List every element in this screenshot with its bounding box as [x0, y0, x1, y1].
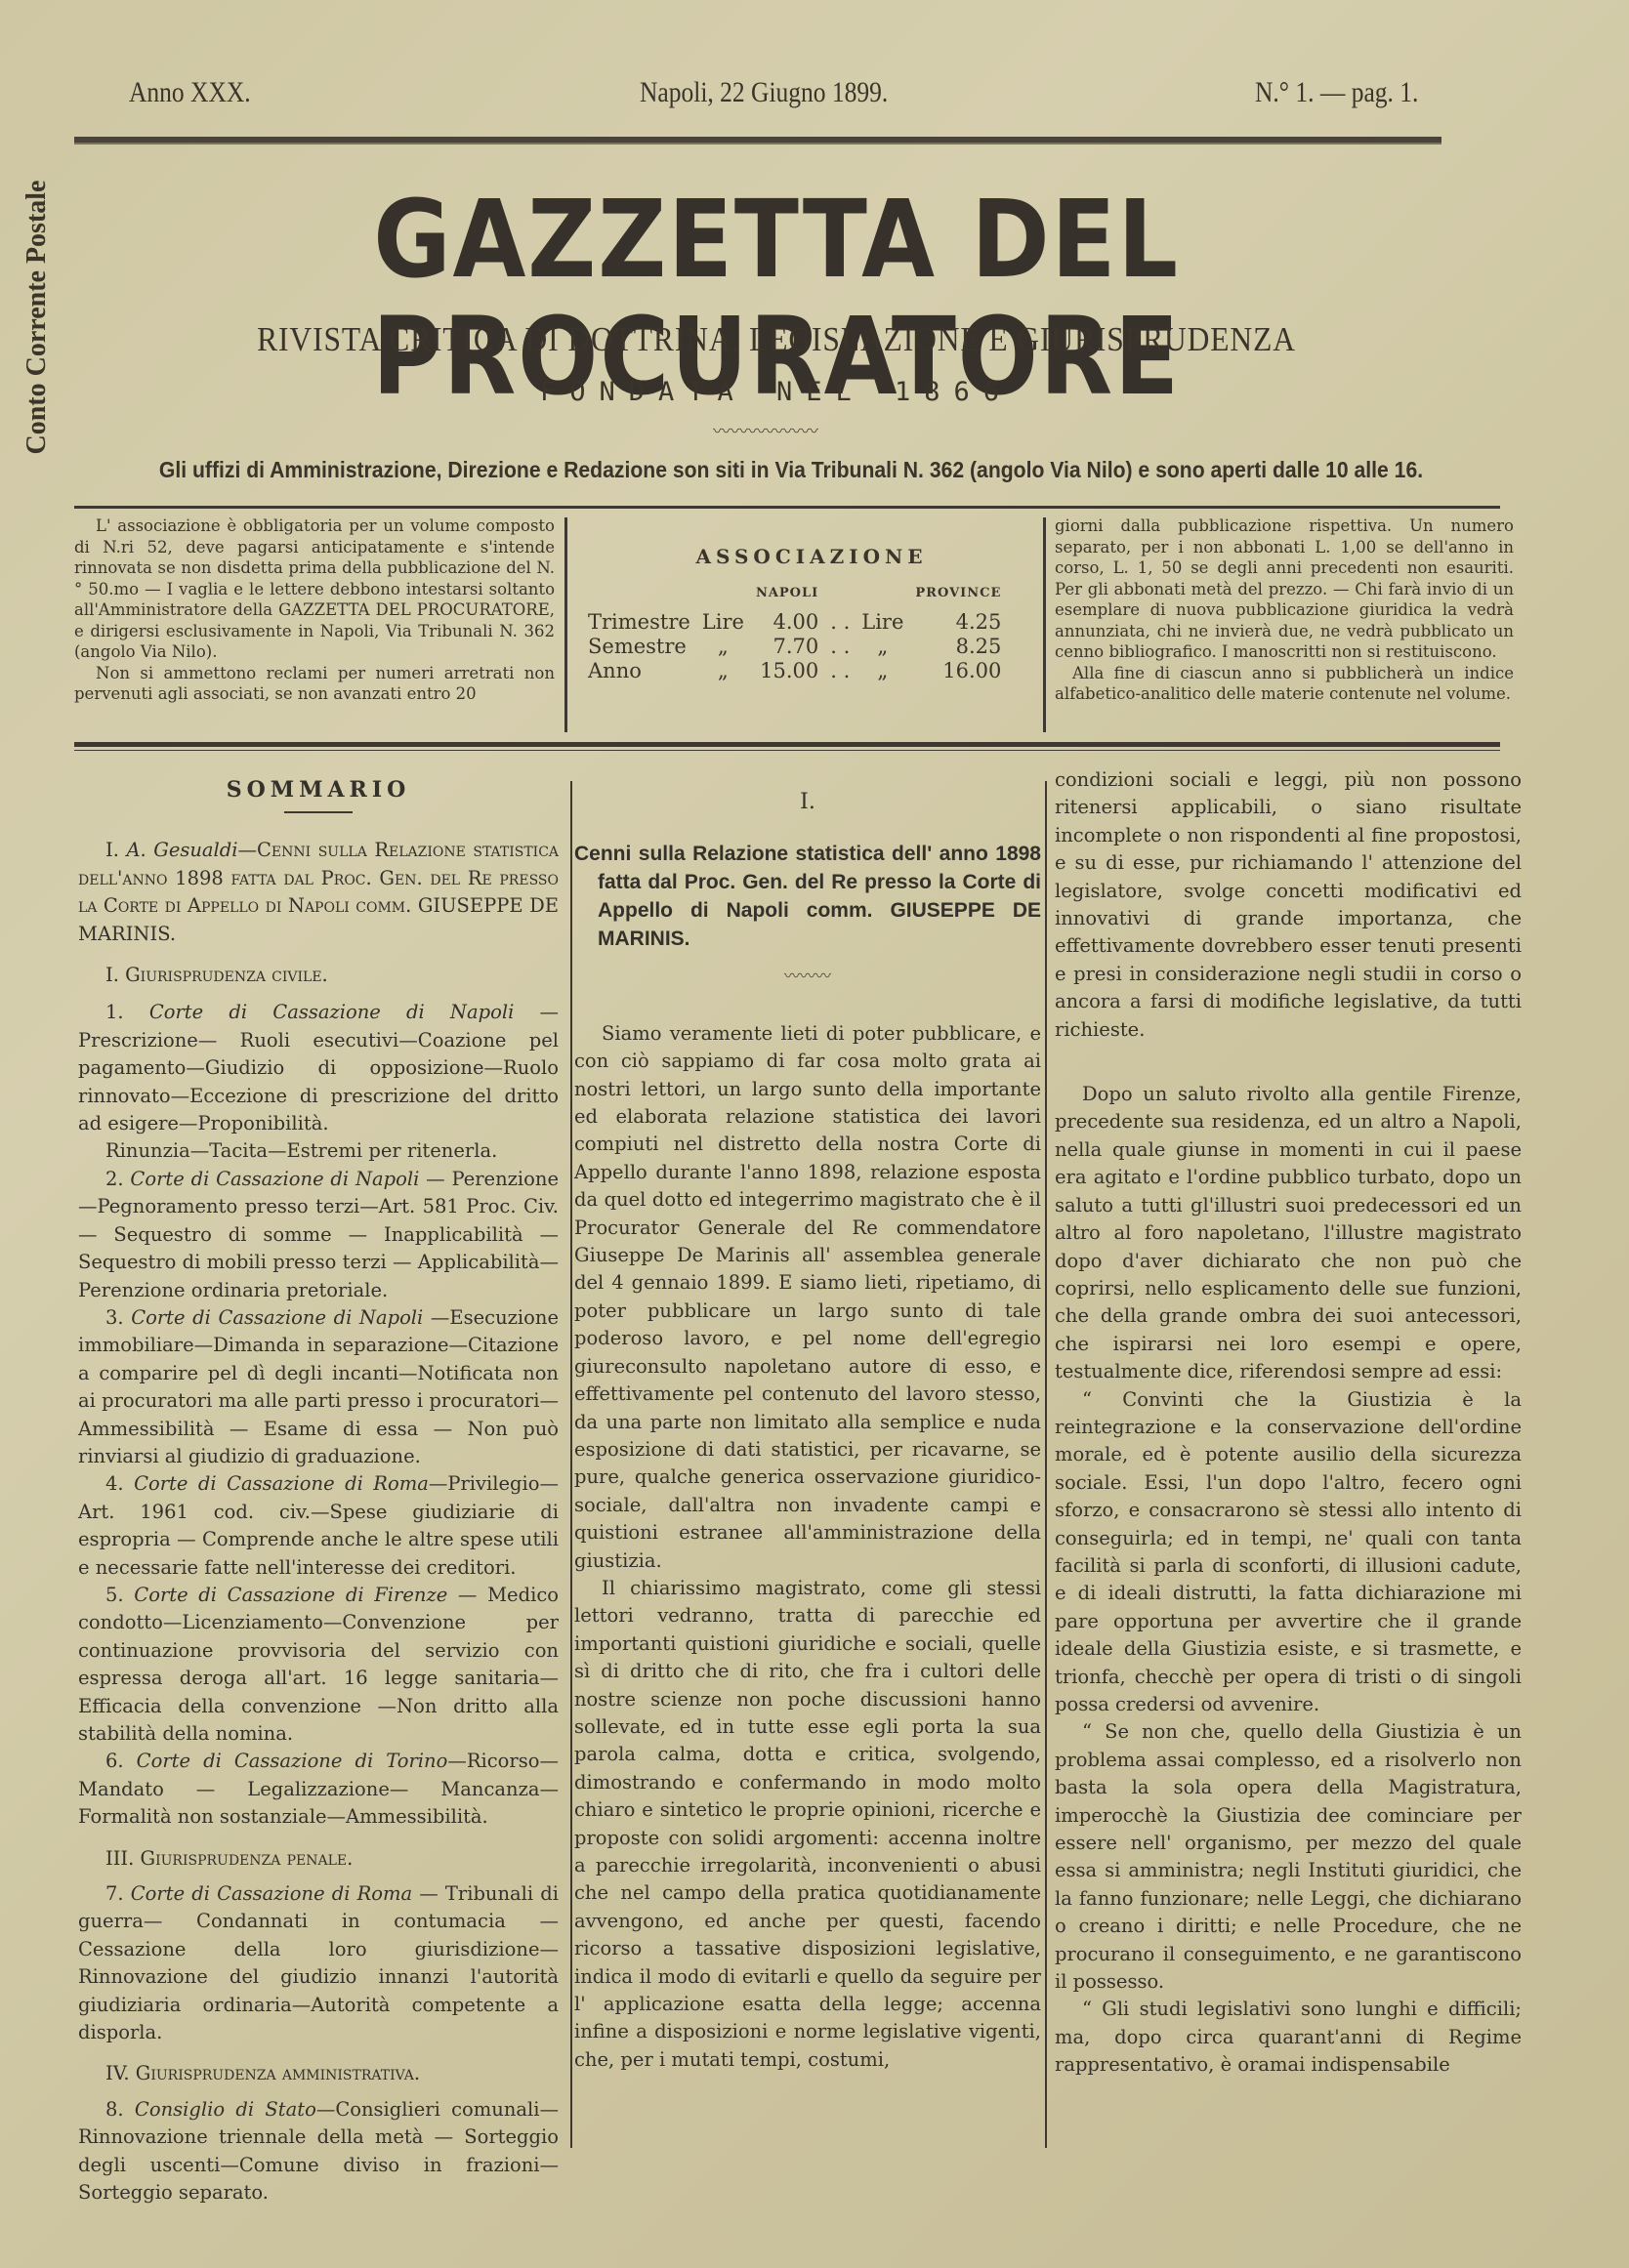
article-continued-column: condizioni sociali e leggi, più non poss… [1055, 766, 1522, 2080]
article-paragraph: Il chiarissimo magistrato, come gli stes… [574, 1575, 1041, 2074]
column-divider-1 [570, 781, 572, 2148]
row-unit: Lire [856, 610, 909, 635]
item-court: Corte di Cassazione di Torino [137, 1750, 448, 1772]
summary-item: 8. Consiglio di Stato—Consiglieri comuna… [78, 2096, 559, 2207]
side-text: Conto Corrente Postale [21, 181, 53, 455]
masthead-subtitle: RIVISTA CRITICA DI DOTTRINA, LEGISLAZION… [140, 320, 1414, 359]
row-unit: „ [696, 659, 750, 683]
summary-item: 5. Corte di Cassazione di Firenze — Medi… [78, 1582, 559, 1748]
price-napoli: 15.00 [750, 659, 824, 683]
item-text: — Tribunali di guerra— Condannati in con… [78, 1882, 559, 2043]
price-row: Semestre „ 7.70 . . „ 8.25 [582, 635, 1007, 659]
box-bottom-rule [74, 742, 1500, 747]
issue-date: Napoli, 22 Giugno 1899. [640, 76, 888, 109]
row-label: Anno [582, 659, 696, 683]
row-label: Trimestre [582, 610, 696, 635]
item-num: 6. [105, 1750, 124, 1772]
row-sep: . . [824, 659, 856, 683]
article-quote: “ Convinti che la Giustizia è la reinteg… [1055, 1386, 1522, 1719]
item-num: 3. [105, 1306, 124, 1329]
item-court: Corte di Cassazione di Napoli [131, 1306, 423, 1329]
item-court: Corte di Cassazione di Napoli [130, 1168, 419, 1190]
section-penal: III. Giurisprudenza penale. [78, 1845, 559, 1873]
wave-ornament: 〰〰〰〰〰〰 [668, 418, 863, 443]
box-divider-right [1043, 517, 1046, 732]
row-label: Semestre [582, 635, 696, 659]
issue-number: N.° 1. — pag. 1. [1255, 76, 1418, 109]
side-label: Conto Corrente Postale [16, 156, 59, 478]
item-text: Rinunzia—Tacita—Estremi per ritenerla. [105, 1139, 497, 1162]
price-province: 4.25 [909, 610, 1007, 635]
item-court: Corte di Cassazione di Roma [134, 1472, 429, 1495]
box-bottom-rule-thin [74, 750, 1500, 751]
article-ornament: 〰〰〰 [574, 963, 1041, 990]
summary-item: Rinunzia—Tacita—Estremi per ritenerla. [78, 1137, 559, 1165]
subscription-notes: giorni dalla pubblicazione rispettiva. U… [1055, 515, 1514, 705]
row-sep: . . [824, 610, 856, 635]
article-quote: “ Se non che, quello della Giustizia è u… [1055, 1718, 1522, 1996]
box-divider-left [564, 517, 567, 732]
col-napoli: NAPOLI [750, 586, 824, 610]
item-court: Consiglio di Stato [135, 2098, 316, 2121]
summary-title: SOMMARIO [78, 776, 559, 804]
article-paragraph: Siamo veramente lieti di poter pubblicar… [574, 1020, 1041, 1575]
item-text: — Medico condotto—Licenziamento—Convenzi… [78, 1584, 559, 1745]
price-row: Trimestre Lire 4.00 . . Lire 4.25 [582, 610, 1007, 635]
article-section-num: I. [574, 789, 1041, 816]
summary-item: 4. Corte di Cassazione di Roma—Privilegi… [78, 1470, 559, 1582]
article-column: I. Cenni sulla Relazione statistica dell… [574, 789, 1041, 2074]
offices-line: Gli uffizi di Amministrazione, Direzione… [126, 457, 1456, 483]
row-sep: . . [824, 635, 856, 659]
price-row: Anno „ 15.00 . . „ 16.00 [582, 659, 1007, 683]
summary-intro: I. A. Gesualdi—Cenni sulla Relazione sta… [78, 837, 559, 948]
row-unit: „ [696, 635, 750, 659]
section-administrative: IV. Giurisprudenza amministrativa. [78, 2060, 559, 2087]
summary-column: SOMMARIO I. A. Gesualdi—Cenni sulla Rela… [78, 776, 559, 2207]
founded-line: FONDATA NEL 1866 [68, 377, 1484, 407]
summary-item: 6. Corte di Cassazione di Torino—Ricorso… [78, 1748, 559, 1831]
price-box: ASSOCIAZIONE NAPOLI PROVINCE Trimestre L… [582, 545, 1041, 683]
item-court: Corte di Cassazione di Napoli [149, 1001, 515, 1023]
article-paragraph: Dopo un saluto rivolto alla gentile Fire… [1055, 1081, 1522, 1385]
intro-num: I. [105, 839, 119, 861]
volume-label: Anno XXX. [129, 76, 251, 109]
item-num: 4. [105, 1472, 124, 1495]
item-num: 5. [105, 1584, 124, 1606]
price-province: 16.00 [909, 659, 1007, 683]
row-unit: Lire [696, 610, 750, 635]
price-napoli: 4.00 [750, 610, 824, 635]
item-court: Corte di Cassazione di Roma [131, 1882, 412, 1905]
annual-index-text: Alla fine di ciascun anno si pubblicherà… [1055, 663, 1514, 705]
row-unit: „ [856, 635, 909, 659]
subscription-notes-text: giorni dalla pubblicazione rispettiva. U… [1055, 515, 1514, 663]
item-num: 2. [105, 1168, 124, 1190]
summary-item: 7. Corte di Cassazione di Roma — Tribuna… [78, 1880, 559, 2046]
article-quote: “ Gli studi legislativi sono lunghi e di… [1055, 1996, 1522, 2079]
subscription-terms-text: L' associazione è obbligatoria per un vo… [74, 515, 555, 663]
summary-item: 3. Corte di Cassazione di Napoli —Esecuz… [78, 1304, 559, 1470]
price-table: NAPOLI PROVINCE Trimestre Lire 4.00 . . … [582, 586, 1007, 683]
subscription-terms: L' associazione è obbligatoria per un vo… [74, 515, 555, 705]
column-divider-2 [1045, 781, 1047, 2148]
item-num: 7. [105, 1882, 124, 1905]
article-title: Cenni sulla Relazione statistica dell' a… [574, 840, 1041, 953]
price-box-title: ASSOCIAZIONE [582, 545, 1041, 568]
article-paragraph: condizioni sociali e leggi, più non poss… [1055, 766, 1522, 1044]
top-rule [74, 137, 1441, 144]
summary-item: 2. Corte di Cassazione di Napoli — Peren… [78, 1166, 559, 1304]
item-num: 8. [105, 2098, 124, 2121]
row-unit: „ [856, 659, 909, 683]
section-civil: I. Giurisprudenza civile. [78, 962, 559, 989]
summary-item: 1. Corte di Cassazione di Napoli — Presc… [78, 999, 559, 1137]
item-num: 1. [105, 1001, 124, 1023]
item-court: Corte di Cassazione di Firenze [134, 1584, 447, 1606]
intro-author: A. Gesualdi [126, 839, 237, 861]
item-text: —Esecuzione immobiliare—Dimanda in separ… [78, 1306, 559, 1467]
col-province: PROVINCE [909, 586, 1007, 610]
price-napoli: 7.70 [750, 635, 824, 659]
price-province: 8.25 [909, 635, 1007, 659]
box-top-rule [74, 506, 1500, 509]
subscription-claims-text: Non si ammettono reclami per numeri arre… [74, 663, 555, 705]
summary-rule [284, 811, 353, 813]
